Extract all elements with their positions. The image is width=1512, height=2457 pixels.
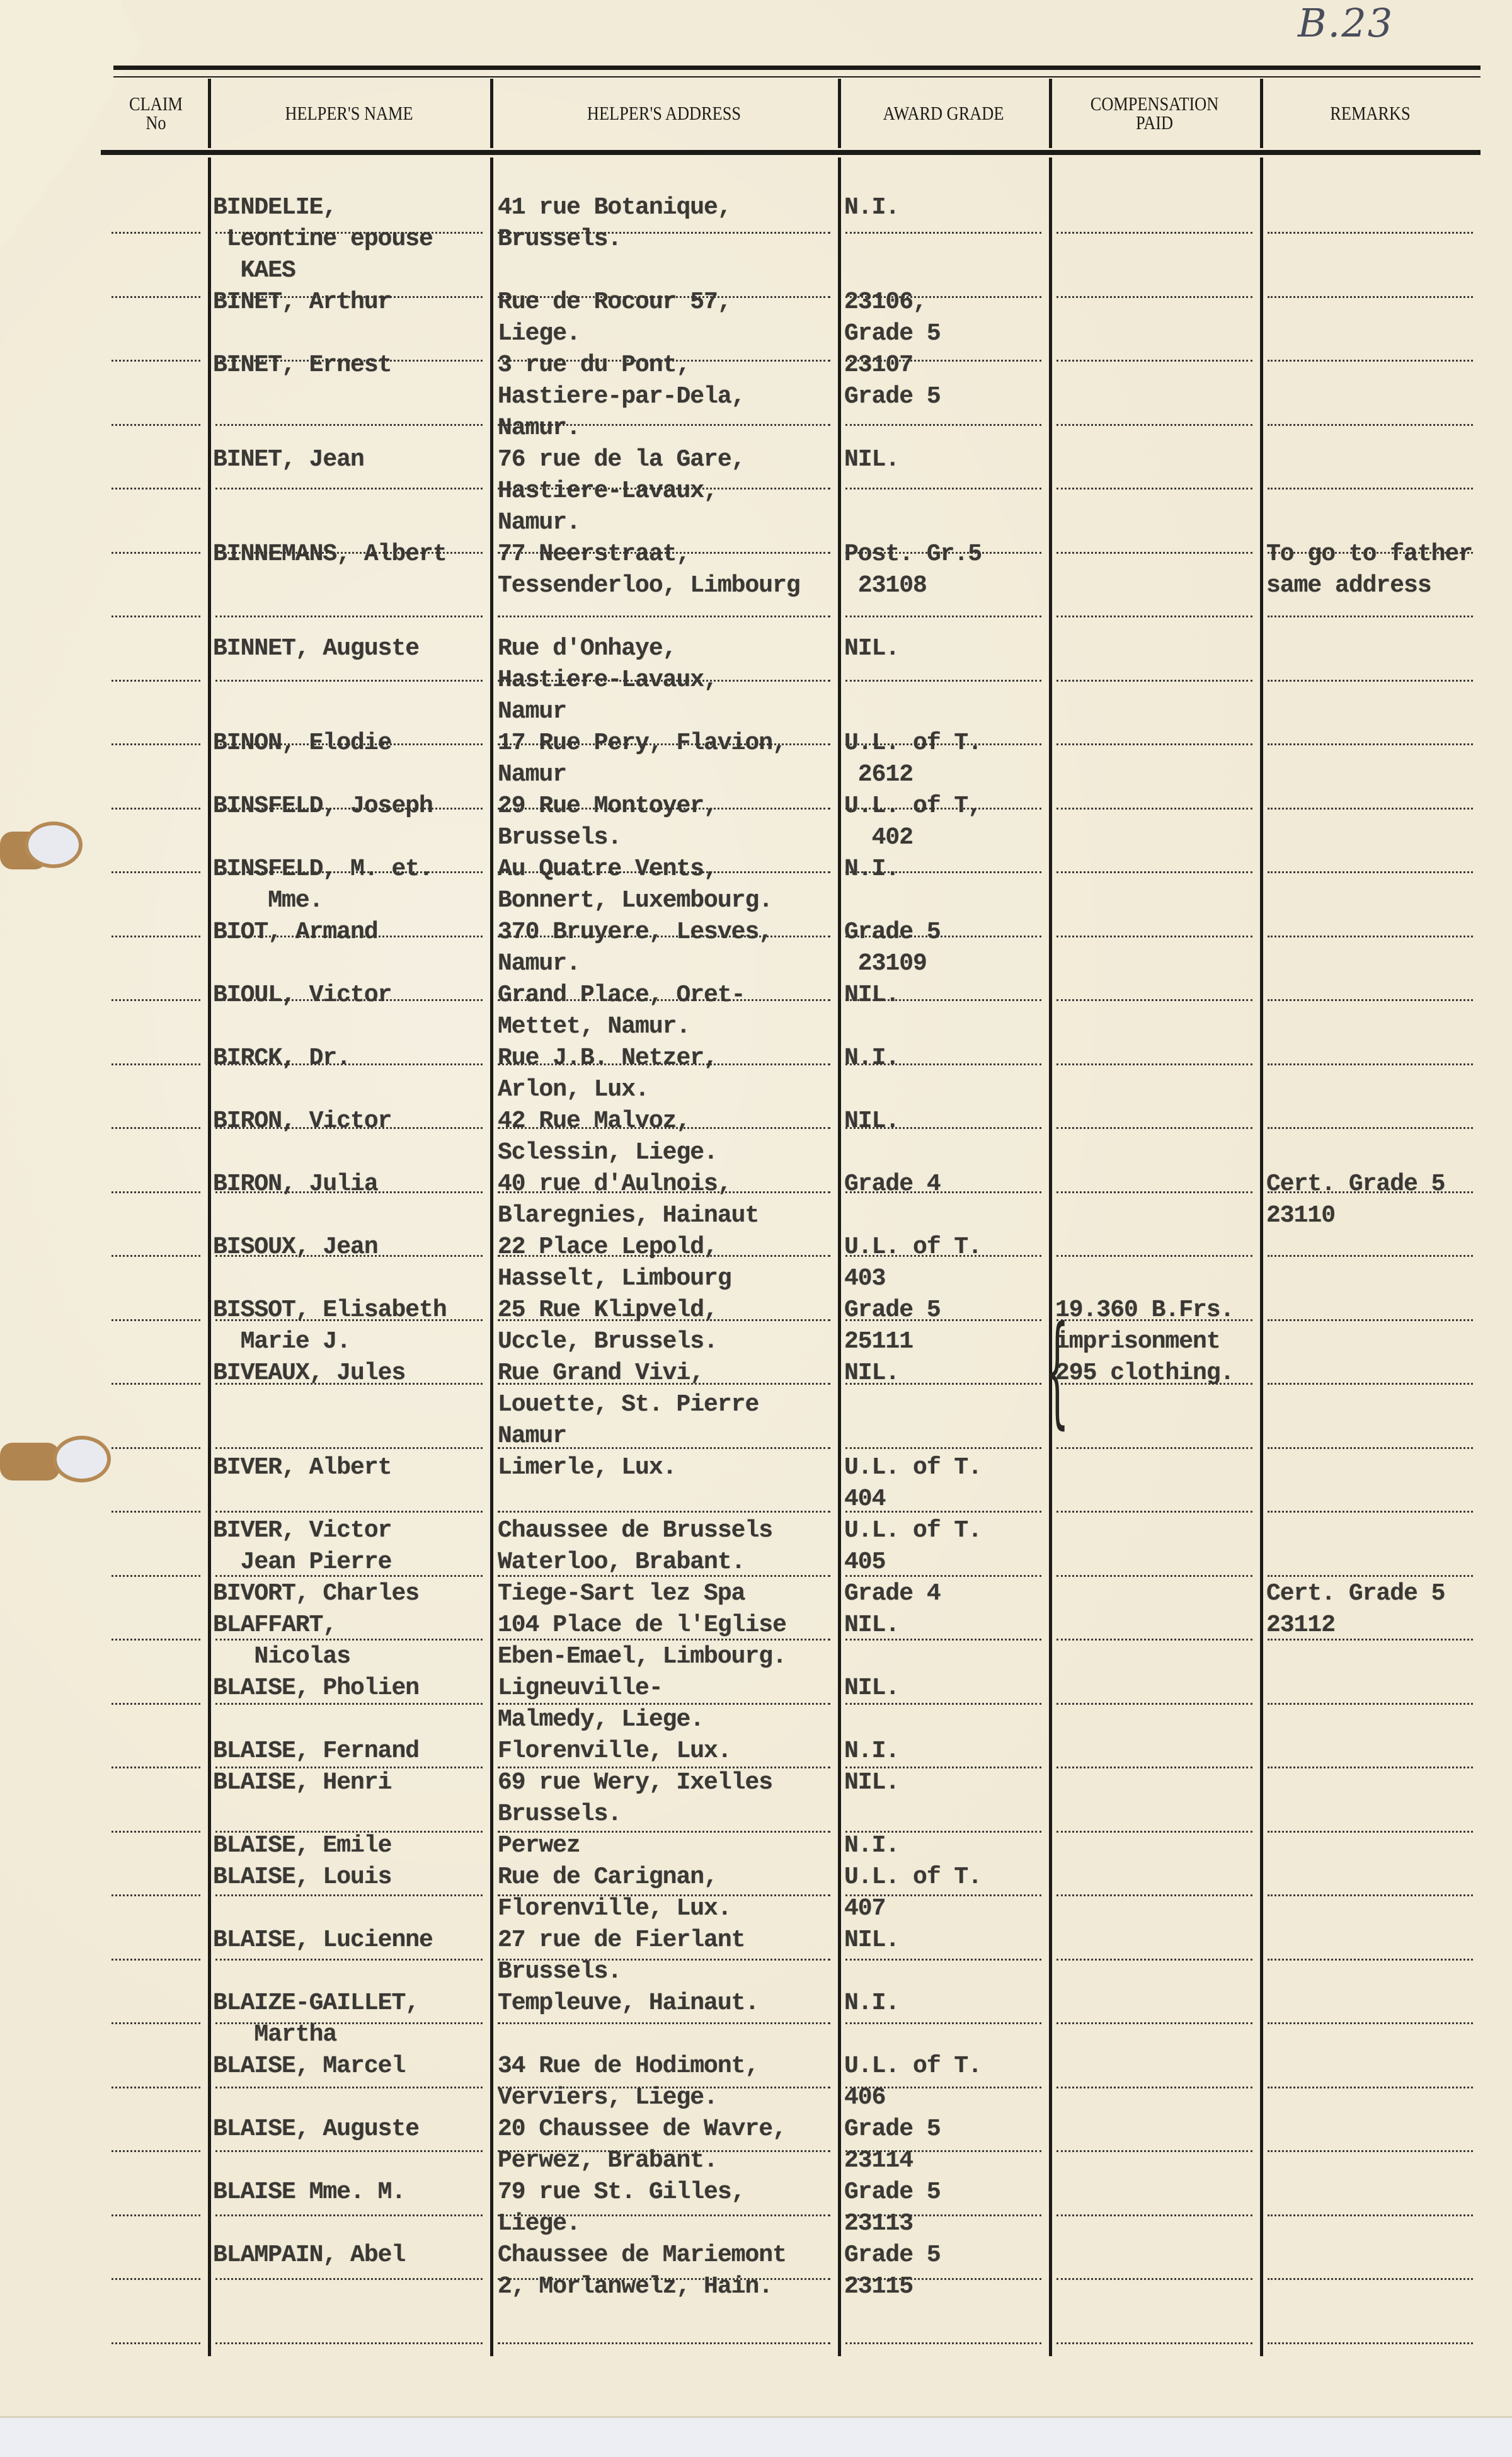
cell-address: 40 rue d'Aulnois, bbox=[498, 1169, 731, 1200]
ruled-line bbox=[112, 552, 200, 554]
ruled-line bbox=[215, 680, 483, 682]
ruled-line bbox=[845, 616, 1041, 617]
ruled-line bbox=[1268, 296, 1473, 298]
ruled-line bbox=[1057, 999, 1252, 1001]
column-divider bbox=[1260, 157, 1263, 2356]
cell-name: BLAMPAIN, Abel bbox=[213, 2240, 405, 2271]
ruled-line bbox=[1268, 232, 1473, 234]
column-header-text: No bbox=[146, 113, 166, 132]
cell-address: Grand Place, Oret- bbox=[498, 980, 745, 1011]
cell-award: N.I. bbox=[844, 1736, 899, 1767]
cell-address: 25 Rue Klipveld, bbox=[498, 1295, 718, 1326]
ruled-line bbox=[498, 1511, 830, 1513]
cell-award: U.L. of T. bbox=[844, 2051, 982, 2082]
ruled-line bbox=[215, 2214, 483, 2216]
cell-award: N.I. bbox=[844, 1830, 899, 1862]
ruled-line bbox=[215, 2342, 483, 2344]
ruled-line bbox=[1268, 2087, 1473, 2088]
cell-compensation: imprisonment bbox=[1055, 1326, 1220, 1358]
cell-address: Perwez, Brabant. bbox=[498, 2145, 718, 2177]
cell-address: 17 Rue Pery, Flavion, bbox=[498, 728, 786, 759]
cell-address: Mettet, Namur. bbox=[498, 1011, 690, 1043]
cell-name: BIVER, Albert bbox=[213, 1452, 391, 1484]
cell-award: 2612 bbox=[844, 759, 913, 791]
ruled-line bbox=[1057, 232, 1252, 234]
cell-compensation: 295 clothing. bbox=[1055, 1358, 1234, 1389]
column-divider bbox=[208, 79, 211, 148]
cell-name: Marie J. bbox=[213, 1326, 350, 1358]
ruled-line bbox=[1268, 743, 1473, 745]
page-bottom-edge bbox=[0, 2416, 1512, 2457]
column-divider bbox=[1049, 79, 1052, 148]
ruled-line bbox=[1268, 2150, 1473, 2152]
cell-address: Verviers, Liege. bbox=[498, 2082, 718, 2114]
cell-name: Jean Pierre bbox=[213, 1547, 391, 1578]
ruled-line bbox=[112, 1447, 200, 1449]
header-bottom-rule bbox=[101, 150, 1480, 155]
cell-name: BISOUX, Jean bbox=[213, 1232, 378, 1263]
cell-award: NIL. bbox=[844, 1673, 899, 1704]
ruled-line bbox=[112, 2214, 200, 2216]
cell-name: BINSFELD, M. et. bbox=[213, 854, 433, 885]
cell-address: Brussels. bbox=[498, 224, 621, 255]
cell-address: Florenville, Lux. bbox=[498, 1893, 731, 1925]
cell-remarks: To go to father bbox=[1266, 539, 1472, 570]
ruled-line bbox=[498, 2022, 830, 2024]
cell-name: BIVEAUX, Jules bbox=[213, 1358, 405, 1389]
cell-award: 23115 bbox=[844, 2271, 913, 2303]
cell-award: 407 bbox=[844, 1893, 885, 1925]
cell-address: Namur bbox=[498, 759, 566, 791]
cell-address: Rue J.B. Netzer, bbox=[498, 1043, 718, 1074]
rust-stain bbox=[0, 1443, 60, 1480]
ruled-line bbox=[1057, 1703, 1252, 1705]
cell-name: BINET, Ernest bbox=[213, 350, 391, 381]
cell-award: 23113 bbox=[844, 2208, 913, 2240]
ruled-line bbox=[215, 2278, 483, 2280]
cell-award: Grade 5 bbox=[844, 2177, 941, 2208]
cell-award: 406 bbox=[844, 2082, 885, 2114]
cell-award: NIL. bbox=[844, 1767, 899, 1799]
ruled-line bbox=[112, 1703, 200, 1705]
cell-name: Mme. bbox=[213, 885, 323, 917]
cell-remarks: same address bbox=[1266, 570, 1431, 602]
punch-hole bbox=[57, 1440, 107, 1479]
header-second-rule bbox=[113, 76, 1480, 77]
cell-name: BLAFFART, bbox=[213, 1610, 336, 1641]
ruled-line bbox=[1268, 1575, 1473, 1577]
cell-address: Tiege-Sart lez Spa bbox=[498, 1578, 745, 1610]
column-divider bbox=[490, 79, 493, 148]
cell-remarks: Cert. Grade 5 bbox=[1266, 1578, 1445, 1610]
ruled-line bbox=[215, 1511, 483, 1513]
ruled-line bbox=[845, 424, 1041, 426]
cell-name: BINET, Jean bbox=[213, 444, 364, 476]
column-divider bbox=[208, 157, 211, 2356]
cell-award: NIL. bbox=[844, 444, 899, 476]
cell-address: 69 rue Wery, Ixelles bbox=[498, 1767, 772, 1799]
cell-name: BINET, Arthur bbox=[213, 287, 391, 318]
cell-address: Hastiere-par-Dela, bbox=[498, 381, 745, 413]
ruled-line bbox=[112, 680, 200, 682]
ruled-line bbox=[112, 936, 200, 937]
cell-award: U.L. of T. bbox=[844, 728, 982, 759]
ruled-line bbox=[215, 616, 483, 617]
cell-address: 3 rue du Pont, bbox=[498, 350, 690, 381]
cell-award: N.I. bbox=[844, 854, 899, 885]
column-divider bbox=[838, 79, 841, 148]
cell-award: Grade 5 bbox=[844, 2114, 941, 2145]
cell-name: BLAISE, Louis bbox=[213, 1862, 391, 1893]
ruled-line bbox=[112, 2087, 200, 2088]
cell-name: BIVER, Victor bbox=[213, 1515, 391, 1547]
ruled-line bbox=[215, 1447, 483, 1449]
ruled-line bbox=[112, 1575, 200, 1577]
ruled-line bbox=[112, 808, 200, 810]
cell-award: 23107 bbox=[844, 350, 913, 381]
cell-address: Brussels. bbox=[498, 1799, 621, 1830]
cell-address: Brussels. bbox=[498, 822, 621, 854]
column-header-remarks: REMARKS bbox=[1276, 79, 1464, 148]
ruled-line bbox=[845, 232, 1041, 234]
cell-address: Perwez bbox=[498, 1830, 580, 1862]
ruled-line bbox=[498, 616, 830, 617]
ruled-line bbox=[845, 488, 1041, 490]
ruled-line bbox=[1057, 616, 1252, 617]
ruled-line bbox=[1057, 1511, 1252, 1513]
column-header-award-grade: AWARD GRADE bbox=[854, 79, 1033, 148]
punch-hole bbox=[28, 825, 79, 864]
column-divider bbox=[838, 157, 841, 2356]
cell-name: BIVORT, Charles bbox=[213, 1578, 419, 1610]
ruled-line bbox=[1057, 1831, 1252, 1833]
cell-award: Post. Gr.5 bbox=[844, 539, 982, 570]
cell-name: KAES bbox=[213, 255, 295, 287]
cell-name: BIRON, Victor bbox=[213, 1106, 391, 1137]
column-divider bbox=[1049, 157, 1052, 2356]
ruled-line bbox=[845, 1959, 1041, 1961]
cell-award: NIL. bbox=[844, 1358, 899, 1389]
cell-name: BIRON, Julia bbox=[213, 1169, 378, 1200]
cell-address: 2, Morlanwelz, Hain. bbox=[498, 2271, 772, 2303]
ruled-line bbox=[1268, 936, 1473, 937]
ruled-line bbox=[112, 1639, 200, 1641]
cell-award: 23114 bbox=[844, 2145, 913, 2177]
cell-name: BIOUL, Victor bbox=[213, 980, 391, 1011]
ruled-line bbox=[1057, 2022, 1252, 2024]
column-header-claim-no: CLAIMNo bbox=[112, 79, 200, 148]
ruled-line bbox=[1057, 680, 1252, 682]
column-header-helper-address: HELPER'S ADDRESS bbox=[516, 79, 811, 148]
ruled-line bbox=[1057, 2278, 1252, 2280]
ruled-line bbox=[845, 1447, 1041, 1449]
ruled-line bbox=[1057, 2150, 1252, 2152]
ruled-line bbox=[112, 2342, 200, 2344]
cell-name: BLAISE, Marcel bbox=[213, 2051, 405, 2082]
ruled-line bbox=[845, 2022, 1041, 2024]
cell-remarks: 23112 bbox=[1266, 1610, 1335, 1641]
cell-name: BINON, Elodie bbox=[213, 728, 391, 759]
cell-address: 20 Chaussee de Wavre, bbox=[498, 2114, 786, 2145]
cell-name: BINSFELD, Joseph bbox=[213, 791, 433, 822]
cell-address: 77 Neerstraat, bbox=[498, 539, 690, 570]
ruled-line bbox=[215, 1959, 483, 1961]
ruled-line bbox=[1268, 871, 1473, 873]
cell-address: Hasselt, Limbourg bbox=[498, 1263, 731, 1295]
column-header-text: PAID bbox=[1136, 113, 1173, 132]
cell-address: 29 Rue Montoyer, bbox=[498, 791, 718, 822]
page-reference: B.23 bbox=[1298, 0, 1394, 46]
column-divider bbox=[1260, 79, 1263, 148]
ruled-line bbox=[112, 871, 200, 873]
ruled-line bbox=[1057, 1447, 1252, 1449]
cell-award: U.L. of T, bbox=[844, 791, 982, 822]
cell-address: Chaussee de Mariemont bbox=[498, 2240, 786, 2271]
ruled-line bbox=[1268, 2214, 1473, 2216]
cell-address: Hastiere-Lavaux, bbox=[498, 665, 718, 696]
cell-name: BIRCK, Dr. bbox=[213, 1043, 350, 1074]
cell-address: Namur bbox=[498, 1421, 566, 1452]
cell-address: Chaussee de Brussels bbox=[498, 1515, 772, 1547]
ruled-line bbox=[112, 616, 200, 617]
cell-address: Rue Grand Vivi, bbox=[498, 1358, 704, 1389]
ruled-line bbox=[1268, 1447, 1473, 1449]
ruled-line bbox=[1057, 1127, 1252, 1129]
ruled-line bbox=[1268, 1383, 1473, 1385]
cell-award: 402 bbox=[844, 822, 913, 854]
cell-name: Martha bbox=[213, 2019, 336, 2051]
ruled-line bbox=[1057, 424, 1252, 426]
ruled-line bbox=[1268, 1255, 1473, 1257]
ruled-line bbox=[1057, 552, 1252, 554]
cell-address: Rue de Rocour 57, bbox=[498, 287, 731, 318]
ruled-line bbox=[112, 1511, 200, 1513]
ruled-line bbox=[845, 680, 1041, 682]
cell-address: Tessenderloo, Limbourg bbox=[498, 570, 800, 602]
ruled-line bbox=[215, 424, 483, 426]
cell-award: U.L. of T. bbox=[844, 1862, 982, 1893]
column-divider bbox=[490, 157, 493, 2356]
cell-address: Florenville, Lux. bbox=[498, 1736, 731, 1767]
cell-address: Bonnert, Luxembourg. bbox=[498, 885, 772, 917]
ruled-line bbox=[1057, 936, 1252, 937]
ruled-line bbox=[1057, 296, 1252, 298]
cell-address: Namur. bbox=[498, 507, 580, 539]
ruled-line bbox=[1057, 808, 1252, 810]
cell-address: Blaregnies, Hainaut bbox=[498, 1200, 759, 1232]
ruled-line bbox=[1057, 1255, 1252, 1257]
cell-award: Grade 4 bbox=[844, 1169, 941, 1200]
ruled-line bbox=[1268, 1319, 1473, 1321]
ruled-line bbox=[1268, 808, 1473, 810]
header-top-rule bbox=[113, 66, 1480, 70]
cell-award: U.L. of T. bbox=[844, 1452, 982, 1484]
ruled-line bbox=[1057, 360, 1252, 362]
ruled-line bbox=[1268, 616, 1473, 617]
cell-award: Grade 5 bbox=[844, 318, 941, 350]
cell-award: Grade 5 bbox=[844, 381, 941, 413]
ruled-line bbox=[112, 1191, 200, 1193]
cell-address: Waterloo, Brabant. bbox=[498, 1547, 745, 1578]
cell-award: 25111 bbox=[844, 1326, 913, 1358]
cell-address: Templeuve, Hainaut. bbox=[498, 1988, 759, 2019]
ruled-line bbox=[112, 1894, 200, 1896]
column-header-text: HELPER'S ADDRESS bbox=[587, 104, 741, 123]
cell-address: 22 Place Lepold, bbox=[498, 1232, 718, 1263]
cell-address: Brussels. bbox=[498, 1956, 621, 1988]
cell-address: 370 Bruyere, Lesves, bbox=[498, 917, 772, 948]
cell-address: Arlon, Lux. bbox=[498, 1074, 649, 1106]
cell-name: BLAISE, Pholien bbox=[213, 1673, 419, 1704]
cell-award: 404 bbox=[844, 1484, 885, 1515]
ruled-line bbox=[1057, 1767, 1252, 1768]
ruled-line bbox=[1268, 999, 1473, 1001]
ruled-line bbox=[1268, 680, 1473, 682]
column-header-text: REMARKS bbox=[1330, 104, 1410, 123]
ruled-line bbox=[1057, 1959, 1252, 1961]
ruled-line bbox=[1268, 424, 1473, 426]
cell-award: 23106, bbox=[844, 287, 927, 318]
cell-address: 79 rue St. Gilles, bbox=[498, 2177, 745, 2208]
cell-address: Hastiere-Lavaux, bbox=[498, 476, 718, 507]
ruled-line bbox=[1057, 1894, 1252, 1896]
cell-remarks: 23110 bbox=[1266, 1200, 1335, 1232]
cell-address: Malmedy, Liege. bbox=[498, 1704, 704, 1736]
ruled-line bbox=[112, 1127, 200, 1129]
ruled-line bbox=[1057, 1191, 1252, 1193]
ruled-line bbox=[112, 1255, 200, 1257]
ruled-line bbox=[112, 2278, 200, 2280]
ruled-line bbox=[1057, 2342, 1252, 2344]
ruled-line bbox=[112, 1767, 200, 1768]
cell-award: N.I. bbox=[844, 192, 899, 224]
ruled-line bbox=[1268, 1703, 1473, 1705]
cell-award: NIL. bbox=[844, 1610, 899, 1641]
ruled-line bbox=[1268, 1511, 1473, 1513]
cell-award: NIL. bbox=[844, 980, 899, 1011]
cell-award: NIL. bbox=[844, 1106, 899, 1137]
ruled-line bbox=[215, 1894, 483, 1896]
cell-address: Namur. bbox=[498, 413, 580, 444]
cell-name: BIOT, Armand bbox=[213, 917, 378, 948]
cell-address: Limerle, Lux. bbox=[498, 1452, 676, 1484]
ruled-line bbox=[1057, 1575, 1252, 1577]
ruled-line bbox=[1268, 1959, 1473, 1961]
cell-award: 403 bbox=[844, 1263, 885, 1295]
cell-address: 27 rue de Fierlant bbox=[498, 1925, 745, 1956]
ruled-line bbox=[1268, 1127, 1473, 1129]
column-header-text: COMPENSATION bbox=[1091, 94, 1219, 113]
ruled-line bbox=[215, 2150, 483, 2152]
ruled-line bbox=[112, 1319, 200, 1321]
ruled-line bbox=[845, 2342, 1041, 2344]
column-header-compensation-paid: COMPENSATIONPAID bbox=[1065, 79, 1244, 148]
cell-award: 23109 bbox=[844, 948, 927, 980]
cell-address: Namur. bbox=[498, 948, 580, 980]
cell-address: 42 Rue Malvoz, bbox=[498, 1106, 690, 1137]
cell-award: Grade 5 bbox=[844, 2240, 941, 2271]
column-header-text: AWARD GRADE bbox=[883, 104, 1004, 123]
cell-award: 23108 bbox=[844, 570, 927, 602]
cell-address: 104 Place de l'Eglise bbox=[498, 1610, 786, 1641]
cell-address: Rue de Carignan, bbox=[498, 1862, 718, 1893]
ruled-line bbox=[1057, 488, 1252, 490]
cell-name: BLAISE, Emile bbox=[213, 1830, 391, 1862]
cell-name: Nicolas bbox=[213, 1641, 350, 1673]
cell-address: Liege. bbox=[498, 2208, 580, 2240]
ruled-line bbox=[112, 1959, 200, 1961]
cell-award: N.I. bbox=[844, 1043, 899, 1074]
ruled-line bbox=[1057, 743, 1252, 745]
cell-award: 405 bbox=[844, 1547, 885, 1578]
cell-address: Eben-Emael, Limbourg. bbox=[498, 1641, 786, 1673]
cell-name: BLAIZE-GAILLET, bbox=[213, 1988, 419, 2019]
cell-address: Rue d'Onhaye, bbox=[498, 633, 676, 665]
cell-award: N.I. bbox=[844, 1988, 899, 2019]
ruled-line bbox=[112, 1063, 200, 1065]
ruled-line bbox=[112, 1831, 200, 1833]
ruled-line bbox=[1057, 1639, 1252, 1641]
cell-name: BLAISE, Henri bbox=[213, 1767, 391, 1799]
ruled-line bbox=[215, 2087, 483, 2088]
cell-name: BINNET, Auguste bbox=[213, 633, 419, 665]
cell-address: Namur bbox=[498, 696, 566, 728]
bracket-mark: { bbox=[1045, 1301, 1069, 1442]
cell-name: Leontine epouse bbox=[213, 224, 433, 255]
ruled-line bbox=[112, 488, 200, 490]
ruled-line bbox=[112, 999, 200, 1001]
cell-award: NIL. bbox=[844, 1925, 899, 1956]
cell-award: Grade 4 bbox=[844, 1578, 941, 1610]
ruled-line bbox=[112, 424, 200, 426]
ruled-line bbox=[1268, 2278, 1473, 2280]
ruled-line bbox=[1268, 1063, 1473, 1065]
cell-award: Grade 5 bbox=[844, 1295, 941, 1326]
ruled-line bbox=[1057, 1063, 1252, 1065]
ruled-line bbox=[1268, 2022, 1473, 2024]
column-header-text: CLAIM bbox=[129, 94, 183, 113]
cell-compensation: 19.360 B.Frs. bbox=[1055, 1295, 1234, 1326]
cell-remarks: Cert. Grade 5 bbox=[1266, 1169, 1445, 1200]
ruled-line bbox=[112, 1383, 200, 1385]
ruled-line bbox=[215, 488, 483, 490]
column-header-helper-name: HELPER'S NAME bbox=[229, 79, 469, 148]
cell-award: NIL. bbox=[844, 633, 899, 665]
cell-name: BLAISE, Auguste bbox=[213, 2114, 419, 2145]
cell-name: BINNEMANS, Albert bbox=[213, 539, 447, 570]
cell-award: U.L. of T. bbox=[844, 1232, 982, 1263]
cell-address: 34 Rue de Hodimont, bbox=[498, 2051, 759, 2082]
column-header-text: HELPER'S NAME bbox=[285, 104, 413, 123]
cell-address: Sclessin, Liege. bbox=[498, 1137, 718, 1169]
ruled-line bbox=[112, 360, 200, 362]
cell-address: 41 rue Botanique, bbox=[498, 192, 731, 224]
ruled-line bbox=[112, 296, 200, 298]
cell-name: BLAISE, Lucienne bbox=[213, 1925, 433, 1956]
cell-name: BLAISE Mme. M. bbox=[213, 2177, 405, 2208]
ruled-line bbox=[1057, 2087, 1252, 2088]
ruled-line bbox=[112, 232, 200, 234]
ruled-line bbox=[1268, 1894, 1473, 1896]
ruled-line bbox=[1268, 488, 1473, 490]
ruled-line bbox=[1268, 1767, 1473, 1768]
ruled-line bbox=[112, 743, 200, 745]
ruled-line bbox=[1057, 2214, 1252, 2216]
cell-address: Uccle, Brussels. bbox=[498, 1326, 718, 1358]
ruled-line bbox=[498, 2342, 830, 2344]
ruled-line bbox=[1057, 871, 1252, 873]
cell-name: BISSOT, Elisabeth bbox=[213, 1295, 447, 1326]
